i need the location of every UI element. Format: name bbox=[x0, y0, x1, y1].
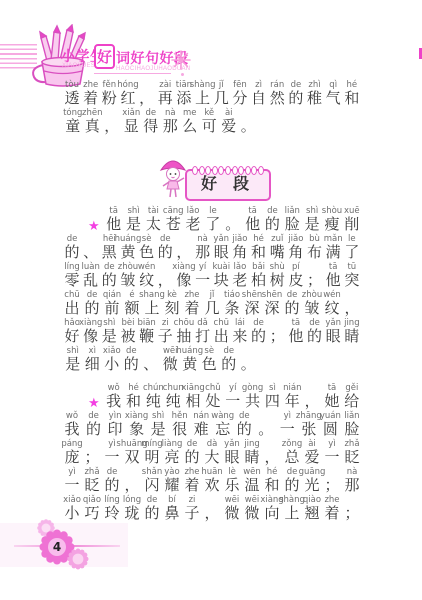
hanzi: 明 bbox=[144, 450, 159, 467]
pinyin: bǎi bbox=[252, 262, 265, 273]
char-cell: shòu瘦 bbox=[323, 206, 341, 234]
pinyin: shēn bbox=[242, 290, 262, 301]
pinyin: yí bbox=[199, 262, 206, 273]
hanzi: ； bbox=[307, 273, 322, 290]
char-cell: jiǎo角 bbox=[231, 234, 249, 262]
hanzi: ； bbox=[270, 329, 285, 346]
pinyin: zhǎ bbox=[344, 439, 359, 450]
pinyin: cāng bbox=[163, 206, 184, 217]
pinyin: shang bbox=[139, 290, 165, 301]
char-cell: tā他 bbox=[244, 206, 262, 234]
char-cell: zhe着 bbox=[82, 80, 100, 108]
char-cell: jǐ几 bbox=[212, 80, 230, 108]
indent-spacer bbox=[63, 206, 83, 234]
pinyin: líng bbox=[64, 262, 80, 273]
char-cell: míng明 bbox=[143, 439, 161, 467]
hanzi: 打 bbox=[195, 329, 210, 346]
char-cell: tài太 bbox=[144, 206, 162, 234]
char-cell: zì自 bbox=[250, 80, 268, 108]
pinyin: páng bbox=[61, 439, 82, 450]
hanzi: 的 bbox=[158, 245, 173, 262]
paragraph: ★tā他shì是tài太cāng苍lǎo老le了。tā他de的liǎn脸shì是… bbox=[63, 206, 361, 374]
char-cell: jǐ几 bbox=[203, 290, 221, 318]
hanzi: 乐 bbox=[224, 478, 239, 495]
pinyin: shù bbox=[270, 262, 285, 273]
char-cell: guāng光 bbox=[303, 467, 321, 495]
char-cell: liǎn脸 bbox=[343, 411, 361, 439]
hanzi: 乱 bbox=[83, 273, 98, 290]
pinyin: lóng bbox=[123, 495, 141, 506]
char-cell: gòng共 bbox=[244, 383, 262, 411]
char-cell: mǎn满 bbox=[324, 234, 342, 262]
hanzi: 老 bbox=[232, 273, 247, 290]
hanzi: 那 bbox=[195, 245, 210, 262]
pinyin: de bbox=[239, 411, 250, 422]
char-cell: lǎo老 bbox=[184, 206, 202, 234]
char-cell: shì是 bbox=[149, 411, 167, 439]
hanzi: 脸 bbox=[344, 422, 359, 439]
char-cell: wǒ我 bbox=[105, 383, 123, 411]
paragraph: ★wǒ我hé和chún纯chun纯xiāng相chǔ处yí一gòng共sì四ni… bbox=[63, 383, 361, 523]
hanzi: 、 bbox=[143, 357, 158, 374]
char-cell: ， bbox=[263, 439, 281, 467]
hanzi: 深 bbox=[264, 301, 279, 318]
char-cell: shì是 bbox=[303, 206, 321, 234]
hanzi: 他 bbox=[326, 273, 341, 290]
char-cell: zhǎ眨 bbox=[83, 467, 101, 495]
pinyin: lǎo bbox=[234, 262, 247, 273]
hanzi: 真 bbox=[85, 119, 100, 136]
pinyin: zhǎ bbox=[84, 467, 99, 478]
pinyin: xuē bbox=[344, 206, 360, 217]
pinyin: hé bbox=[253, 234, 264, 245]
hanzi: 像 bbox=[83, 329, 98, 346]
hanzi: 。 bbox=[241, 357, 256, 374]
pinyin: shì bbox=[67, 346, 79, 357]
pinyin: le bbox=[209, 206, 217, 217]
char-cell: xì细 bbox=[83, 346, 103, 374]
hanzi: 纹 bbox=[139, 273, 154, 290]
text-block: tòu透zhe着fěn粉hóng红，zài再tiān添shàng上jǐ几fēn分… bbox=[63, 80, 361, 523]
hanzi: 眼 bbox=[326, 329, 341, 346]
hanzi: 给 bbox=[344, 394, 359, 411]
pinyin: de bbox=[253, 318, 264, 329]
pinyin: zi bbox=[162, 318, 169, 329]
char-cell: ， bbox=[203, 495, 221, 523]
pinyin: wēi bbox=[245, 495, 260, 506]
char-cell: de的 bbox=[83, 290, 101, 318]
char-cell: shì是 bbox=[100, 318, 118, 346]
pinyin: shòu bbox=[322, 206, 342, 217]
char-cell: lǎo老 bbox=[231, 262, 249, 290]
pinyin: yì bbox=[328, 439, 335, 450]
pinyin: tiáo bbox=[224, 290, 240, 301]
char-cell: zuǐ嘴 bbox=[268, 234, 286, 262]
hanzi: 色 bbox=[139, 245, 154, 262]
char-cell: de的 bbox=[122, 346, 142, 374]
char-cell: ； bbox=[306, 262, 324, 290]
char-cell: ， bbox=[123, 467, 141, 495]
char-cell: yìn印 bbox=[106, 411, 124, 439]
char-cell: le了 bbox=[343, 234, 361, 262]
hanzi: 庞 bbox=[64, 450, 79, 467]
hanzi: 他 bbox=[106, 217, 121, 234]
pinyin: míng bbox=[141, 439, 162, 450]
pinyin: wén bbox=[138, 262, 156, 273]
pinyin: wén bbox=[323, 290, 341, 301]
pinyin: me bbox=[183, 108, 197, 119]
hanzi: 额 bbox=[124, 301, 139, 318]
pinyin: zì bbox=[255, 80, 262, 91]
hanzi: 眼 bbox=[214, 245, 229, 262]
hanzi: 了 bbox=[205, 217, 220, 234]
pinyin: liàng bbox=[162, 439, 183, 450]
star-bullet: ★ bbox=[85, 394, 103, 411]
hanzi: 是 bbox=[126, 217, 141, 234]
char-cell: shù树 bbox=[268, 262, 286, 290]
char-cell: tiáo条 bbox=[223, 290, 241, 318]
hanzi: 一 bbox=[104, 450, 119, 467]
paragraph: tòu透zhe着fěn粉hóng红，zài再tiān添shàng上jǐ几fēn分… bbox=[63, 80, 361, 136]
pinyin: mǎn bbox=[324, 234, 343, 245]
hanzi: 块 bbox=[214, 273, 229, 290]
hanzi: 着 bbox=[184, 478, 199, 495]
hanzi: 童 bbox=[65, 119, 80, 136]
hanzi: ， bbox=[344, 301, 359, 318]
pinyin: zhe bbox=[184, 290, 199, 301]
pinyin: qì bbox=[329, 80, 337, 91]
text-line: chū出de的qián前é额shang上kè刻zhe着jǐ几tiáo条shēn深… bbox=[63, 290, 361, 318]
pinyin: xiāng bbox=[181, 383, 204, 394]
char-cell: dǎ打 bbox=[194, 318, 212, 346]
pinyin: luàn bbox=[81, 262, 99, 273]
hanzi: 的 bbox=[104, 478, 119, 495]
pinyin: de bbox=[223, 346, 234, 357]
hanzi: 的 bbox=[102, 273, 117, 290]
pinyin: sè bbox=[204, 346, 214, 357]
pinyin: wēi bbox=[225, 495, 240, 506]
page-number: 4 bbox=[37, 527, 77, 567]
hanzi: 她 bbox=[324, 394, 339, 411]
hanzi: 的 bbox=[84, 301, 99, 318]
char-cell: de的 bbox=[250, 318, 268, 346]
hanzi: 纹 bbox=[324, 301, 339, 318]
pinyin: xiàng bbox=[79, 318, 102, 329]
hanzi: 色 bbox=[202, 357, 217, 374]
hanzi: 太 bbox=[146, 217, 161, 234]
char-cell: de的 bbox=[183, 439, 201, 467]
pinyin: chū bbox=[214, 318, 229, 329]
char-cell: líng玲 bbox=[103, 495, 121, 523]
hanzi: 印 bbox=[108, 422, 123, 439]
char-cell: jing睛 bbox=[343, 318, 361, 346]
hanzi: 条 bbox=[224, 301, 239, 318]
char-cell: zi子 bbox=[183, 495, 201, 523]
pinyin: kè bbox=[167, 290, 177, 301]
char-cell: zhāng张 bbox=[300, 411, 318, 439]
hanzi: 黑 bbox=[102, 245, 117, 262]
pinyin: tóng bbox=[63, 108, 82, 119]
hanzi: 几 bbox=[214, 91, 229, 108]
pinyin: kě bbox=[204, 108, 214, 119]
hanzi: ； bbox=[84, 450, 99, 467]
pinyin: dǎ bbox=[197, 318, 208, 329]
char-cell: qiǎo巧 bbox=[83, 495, 101, 523]
pinyin: shǎn bbox=[142, 467, 162, 478]
char-cell: ， bbox=[175, 234, 193, 262]
char-cell: yǎn眼 bbox=[212, 234, 230, 262]
hanzi: 爱 bbox=[221, 119, 236, 136]
char-cell: wàng忘 bbox=[214, 411, 232, 439]
char-cell: ； bbox=[323, 467, 341, 495]
char-cell: zǒng总 bbox=[283, 439, 301, 467]
sparkle-dot bbox=[181, 73, 184, 76]
hanzi: 很 bbox=[172, 422, 187, 439]
pinyin: wēi bbox=[163, 346, 178, 357]
char-cell: yì一 bbox=[278, 411, 296, 439]
hanzi: 的 bbox=[86, 422, 101, 439]
pinyin: kuài bbox=[212, 262, 230, 273]
hanzi: 黄 bbox=[182, 357, 197, 374]
pinyin: biān bbox=[137, 318, 155, 329]
hanzi: 了 bbox=[344, 245, 359, 262]
pinyin: nián bbox=[283, 383, 301, 394]
hanzi: 出 bbox=[64, 301, 79, 318]
char-cell: tóng童 bbox=[63, 108, 83, 136]
hanzi: 上 bbox=[144, 301, 159, 318]
pinyin: zhì bbox=[308, 80, 320, 91]
char-cell: chún纯 bbox=[144, 383, 162, 411]
char-cell: qì气 bbox=[324, 80, 342, 108]
text-line: tòu透zhe着fěn粉hóng红，zài再tiān添shàng上jǐ几fēn分… bbox=[63, 80, 361, 108]
text-line: ★wǒ我hé和chún纯chun纯xiāng相chǔ处yí一gòng共sì四ni… bbox=[63, 383, 361, 411]
char-cell: xuē削 bbox=[343, 206, 361, 234]
hanzi: 亮 bbox=[164, 450, 179, 467]
char-cell: hóng红 bbox=[119, 80, 137, 108]
char-cell: fēn分 bbox=[231, 80, 249, 108]
pinyin: bù bbox=[309, 234, 320, 245]
hanzi: 出 bbox=[214, 329, 229, 346]
char-cell: yuán圆 bbox=[321, 411, 339, 439]
hanzi: 角 bbox=[288, 245, 303, 262]
char-cell: zhòu皱 bbox=[119, 262, 137, 290]
hanzi: 他 bbox=[288, 329, 303, 346]
char-cell: de的 bbox=[63, 234, 81, 262]
pinyin: wǒ bbox=[66, 411, 78, 422]
hanzi: 像 bbox=[176, 273, 191, 290]
char-cell: tā他 bbox=[324, 262, 342, 290]
hanzi: 珑 bbox=[124, 506, 139, 523]
char-cell: ， bbox=[343, 290, 361, 318]
char-cell: xiàng象 bbox=[128, 411, 146, 439]
pinyin: nán bbox=[193, 411, 209, 422]
hanzi: 、 bbox=[83, 245, 98, 262]
hanzi: ， bbox=[204, 506, 219, 523]
char-cell: yǎn眼 bbox=[324, 318, 342, 346]
char-cell: de的 bbox=[235, 411, 253, 439]
hanzi: 双 bbox=[124, 450, 139, 467]
hanzi: 和 bbox=[264, 478, 279, 495]
char-cell: xiǎo小 bbox=[63, 495, 81, 523]
pinyin: liǎn bbox=[285, 206, 300, 217]
hanzi: 好 bbox=[64, 329, 79, 346]
char-cell: bǎi柏 bbox=[250, 262, 268, 290]
hanzi: 光 bbox=[304, 478, 319, 495]
hanzi: 粉 bbox=[102, 91, 117, 108]
hanzi: 透 bbox=[64, 91, 79, 108]
pinyin: pí bbox=[292, 262, 300, 273]
hanzi: 和 bbox=[126, 394, 141, 411]
char-cell: 。 bbox=[239, 108, 259, 136]
pinyin: chǔ bbox=[205, 383, 220, 394]
hanzi: 的 bbox=[251, 329, 266, 346]
hanzi: 皮 bbox=[288, 273, 303, 290]
pinyin: tā bbox=[248, 206, 257, 217]
pinyin: zhòu bbox=[302, 290, 322, 301]
char-cell: huáng黄 bbox=[119, 234, 137, 262]
hanzi: 的 bbox=[144, 506, 159, 523]
hanzi: 翘 bbox=[304, 506, 319, 523]
hanzi: 的 bbox=[307, 329, 322, 346]
char-cell: zhòu皱 bbox=[303, 290, 321, 318]
pinyin: yìn bbox=[109, 411, 122, 422]
pinyin: chū bbox=[64, 290, 79, 301]
hanzi: 树 bbox=[270, 273, 285, 290]
hanzi: 柏 bbox=[251, 273, 266, 290]
char-cell: shuāng双 bbox=[123, 439, 141, 467]
hanzi: 眨 bbox=[344, 450, 359, 467]
pinyin: zhòu bbox=[118, 262, 138, 273]
pinyin: tā bbox=[109, 206, 118, 217]
char-cell: 。 bbox=[239, 346, 259, 374]
char-cell: yǎn眼 bbox=[223, 439, 241, 467]
char-cell: tā他 bbox=[287, 318, 305, 346]
char-cell: wén纹 bbox=[138, 262, 156, 290]
hanzi: 一 bbox=[64, 478, 79, 495]
char-cell: liàng亮 bbox=[163, 439, 181, 467]
pinyin: é bbox=[129, 290, 134, 301]
pinyin: huān bbox=[201, 467, 222, 478]
pinyin: shì bbox=[127, 206, 139, 217]
text-line: wǒ我de的yìn印xiàng象shì是hěn很nán难wàng忘de的。yì一… bbox=[63, 411, 361, 439]
char-cell: shang上 bbox=[143, 290, 161, 318]
pinyin: wǒ bbox=[108, 383, 120, 394]
pinyin: sì bbox=[269, 383, 276, 394]
char-cell: xiàng像 bbox=[82, 318, 100, 346]
hanzi: 。 bbox=[225, 217, 240, 234]
hanzi: 黄 bbox=[120, 245, 135, 262]
char-cell: liǎn脸 bbox=[283, 206, 301, 234]
hanzi: 自 bbox=[251, 91, 266, 108]
char-cell: zài再 bbox=[156, 80, 174, 108]
char-cell: yí一 bbox=[224, 383, 242, 411]
hanzi: ； bbox=[344, 506, 359, 523]
sparkle-icon bbox=[171, 50, 191, 70]
star-bullet: ★ bbox=[85, 217, 103, 234]
char-cell: zhēn真 bbox=[83, 108, 103, 136]
pinyin: zài bbox=[159, 80, 171, 91]
pinyin: de bbox=[309, 318, 320, 329]
pinyin: zhāng bbox=[296, 411, 322, 422]
char-cell: qián前 bbox=[103, 290, 121, 318]
char-cell: de的 bbox=[143, 495, 161, 523]
char-cell: ài爱 bbox=[303, 439, 321, 467]
pinyin: zuǐ bbox=[271, 234, 283, 245]
hanzi: 深 bbox=[244, 301, 259, 318]
char-cell: tā她 bbox=[323, 383, 341, 411]
hanzi: ， bbox=[124, 478, 139, 495]
pinyin: wēn bbox=[243, 467, 261, 478]
char-cell: zi子 bbox=[156, 318, 174, 346]
hanzi: 纯 bbox=[166, 394, 181, 411]
hanzi: 难 bbox=[194, 422, 209, 439]
pinyin: sè bbox=[142, 234, 152, 245]
char-cell: 、 bbox=[82, 234, 100, 262]
char-cell: hé和 bbox=[263, 467, 281, 495]
char-cell: lái来 bbox=[231, 318, 249, 346]
pinyin: nà bbox=[197, 234, 208, 245]
char-cell: shēn深 bbox=[243, 290, 261, 318]
pinyin: yì bbox=[284, 411, 291, 422]
char-cell: de得 bbox=[141, 108, 161, 136]
hanzi: 是 bbox=[151, 422, 166, 439]
hanzi: 那 bbox=[344, 478, 359, 495]
hanzi: 。 bbox=[258, 422, 273, 439]
pinyin: de bbox=[145, 108, 156, 119]
pinyin: yí bbox=[229, 383, 236, 394]
hanzi: 然 bbox=[270, 91, 285, 108]
pinyin: zhe bbox=[83, 80, 98, 91]
char-cell: wēi微 bbox=[223, 495, 241, 523]
hanzi: 的 bbox=[284, 478, 299, 495]
pinyin: le bbox=[348, 234, 356, 245]
pinyin: de bbox=[287, 467, 298, 478]
pinyin: yǎn bbox=[213, 234, 229, 245]
hanzi: ， bbox=[158, 273, 173, 290]
char-cell: cāng苍 bbox=[164, 206, 182, 234]
hanzi: 子 bbox=[158, 329, 173, 346]
char-cell: yào耀 bbox=[163, 467, 181, 495]
hanzi: 得 bbox=[143, 119, 158, 136]
char-cell: bèi被 bbox=[119, 318, 137, 346]
pinyin: yì bbox=[108, 439, 115, 450]
hanzi: 的 bbox=[288, 91, 303, 108]
hanzi: 着 bbox=[184, 301, 199, 318]
hanzi: 年 bbox=[285, 394, 300, 411]
char-cell: kè刻 bbox=[163, 290, 181, 318]
hanzi: 嘴 bbox=[270, 245, 285, 262]
char-cell: chū出 bbox=[212, 318, 230, 346]
pinyin: fēn bbox=[233, 80, 247, 91]
hanzi: 稚 bbox=[307, 91, 322, 108]
hanzi: 玲 bbox=[104, 506, 119, 523]
pinyin: jǐ bbox=[219, 80, 224, 91]
hanzi: 苍 bbox=[166, 217, 181, 234]
char-cell: shì是 bbox=[63, 346, 83, 374]
char-cell: pí皮 bbox=[287, 262, 305, 290]
hanzi: 张 bbox=[301, 422, 316, 439]
hanzi: 那 bbox=[163, 119, 178, 136]
badge-girl-icon bbox=[158, 155, 188, 201]
pinyin: zǒng bbox=[282, 439, 302, 450]
pinyin: jing bbox=[244, 439, 260, 450]
char-cell: de的 bbox=[103, 467, 121, 495]
pinyin: qiào bbox=[303, 495, 321, 506]
char-cell: tā他 bbox=[105, 206, 123, 234]
char-cell: lóng珑 bbox=[123, 495, 141, 523]
char-cell: zhe着 bbox=[183, 290, 201, 318]
pinyin: líng bbox=[104, 495, 120, 506]
